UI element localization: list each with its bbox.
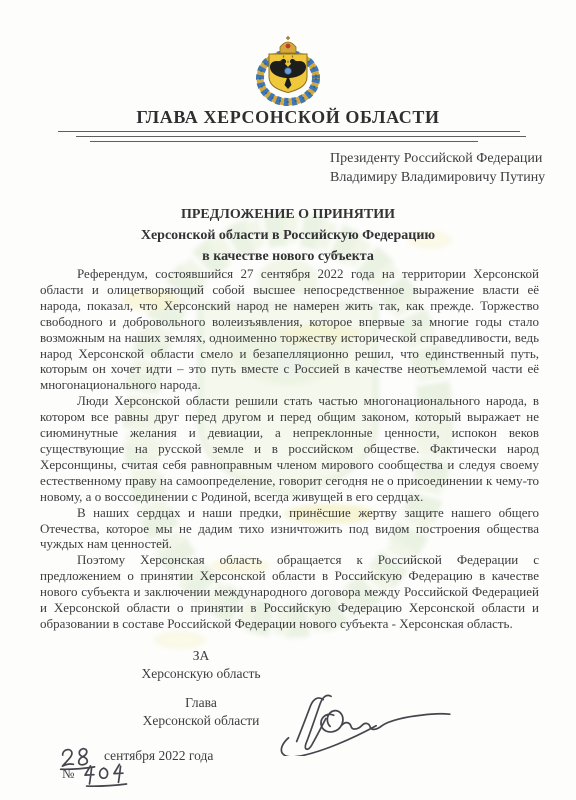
paragraph-4: Поэтому Херсонская область обращается к … bbox=[40, 552, 539, 632]
document-title: ПРЕДЛОЖЕНИЕ О ПРИНЯТИИ Херсонской област… bbox=[0, 204, 576, 267]
divider-line bbox=[90, 141, 478, 142]
document-body: Референдум, состоявшийся 27 сентября 202… bbox=[40, 266, 539, 632]
approval-line-1: ЗА bbox=[96, 647, 306, 665]
document-title-line-2: Херсонской области в Российскую Федераци… bbox=[0, 225, 576, 246]
divider-line bbox=[76, 136, 526, 137]
document-page: ГЛАВА ХЕРСОНСКОЙ ОБЛАСТИ Президенту Росс… bbox=[0, 0, 576, 800]
paragraph-3: В наших сердцах и наши предки, принёсшие… bbox=[40, 505, 539, 553]
handwritten-number bbox=[82, 762, 132, 788]
addressee-block: Президенту Российской Федерации Владимир… bbox=[330, 150, 562, 187]
addressee-line-2: Владимиру Владимировичу Путину bbox=[330, 169, 562, 188]
document-title-line-1: ПРЕДЛОЖЕНИЕ О ПРИНЯТИИ bbox=[0, 204, 576, 225]
coat-of-arms-icon bbox=[254, 33, 322, 107]
divider-line bbox=[58, 131, 520, 132]
letterhead-org-title: ГЛАВА ХЕРСОНСКОЙ ОБЛАСТИ bbox=[0, 107, 576, 128]
addressee-line-1: Президенту Российской Федерации bbox=[330, 150, 562, 169]
approval-block: ЗА Херсонскую область bbox=[96, 647, 306, 682]
number-label: № bbox=[62, 766, 74, 782]
paragraph-1: Референдум, состоявшийся 27 сентября 202… bbox=[40, 266, 539, 393]
approval-line-2: Херсонскую область bbox=[96, 665, 306, 683]
handwritten-signature-icon bbox=[272, 688, 467, 756]
document-title-line-3: в качестве нового субъекта bbox=[0, 246, 576, 267]
paragraph-2: Люди Херсонской области решили стать час… bbox=[40, 393, 539, 504]
